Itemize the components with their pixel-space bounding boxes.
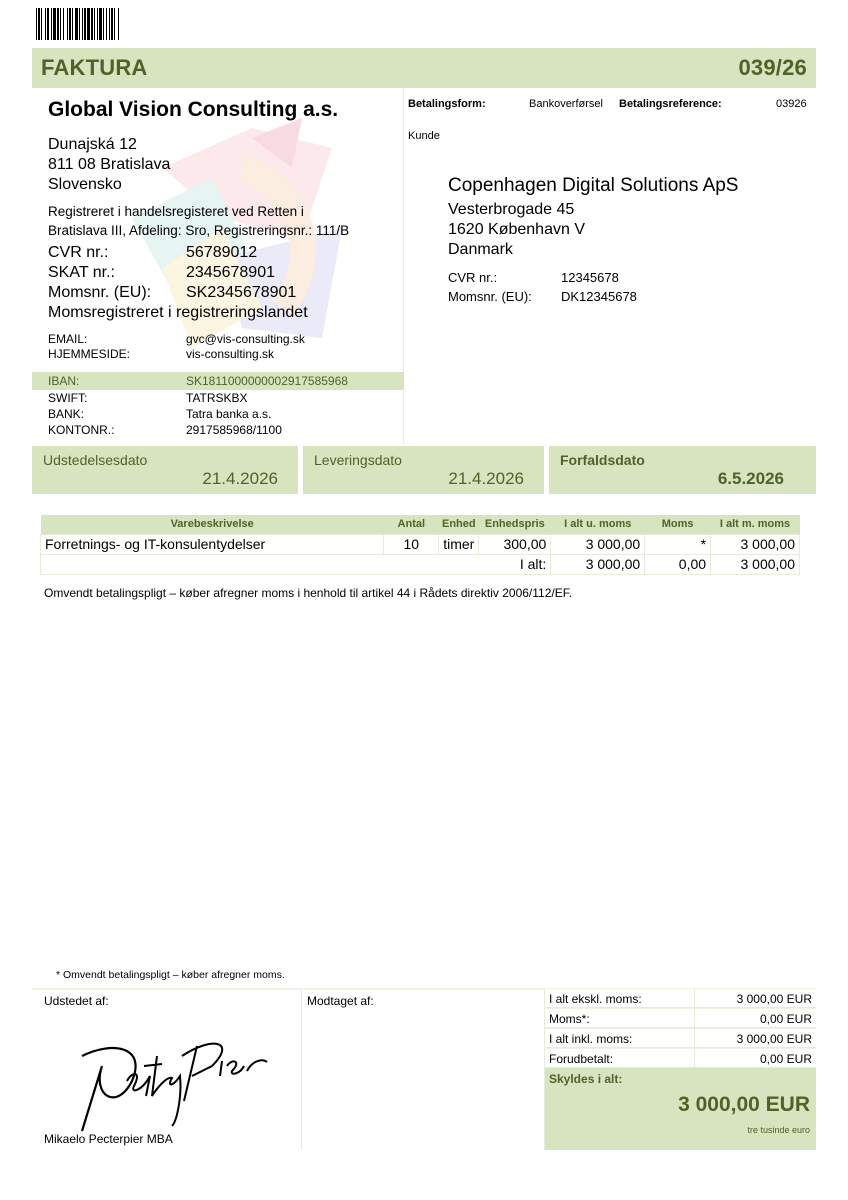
supplier-address: Dunajská 12 811 08 Bratislava Slovensko xyxy=(48,135,170,195)
summary-label: I alt ekskl. moms: xyxy=(545,989,695,1007)
id-value: SK2345678901 xyxy=(186,283,296,303)
bank-details: IBAN:SK1811000000002917585968 SWIFT:TATR… xyxy=(32,372,404,438)
payment-reference-label: Betalingsreference: xyxy=(619,98,776,110)
website-link[interactable]: vis-consulting.sk xyxy=(186,347,274,362)
invoice-title-bar: FAKTURA 039/26 xyxy=(32,48,816,88)
supplier-city: 811 08 Bratislava xyxy=(48,155,170,175)
summary-value: 3 000,00 EUR xyxy=(695,1029,816,1047)
amount-due-words: tre tusinde euro xyxy=(747,1125,810,1135)
bank-value: Tatra banka a.s. xyxy=(186,406,271,422)
amount-due-label: Skyldes i alt: xyxy=(549,1072,622,1086)
received-by-section: Modtaget af: xyxy=(303,988,545,1150)
col-header-total-excl: I alt u. moms xyxy=(551,515,645,534)
summary-value: 0,00 EUR xyxy=(695,1009,816,1027)
bank-value: TATRSKBX xyxy=(186,390,248,406)
id-label: Momsnr. (EU): xyxy=(448,287,561,306)
id-label: SKAT nr.: xyxy=(48,263,186,283)
col-header-vat: Moms xyxy=(645,515,711,534)
id-label: Momsnr. (EU): xyxy=(48,283,186,303)
item-unit-price: 300,00 xyxy=(479,534,551,554)
due-date-label: Forfaldsdato xyxy=(560,452,645,468)
summary-label: Moms*: xyxy=(545,1009,695,1027)
customer-city: 1620 København V xyxy=(448,220,585,240)
summary-row: Forudbetalt:0,00 EUR xyxy=(545,1048,816,1068)
bank-label: IBAN: xyxy=(48,372,186,390)
issue-date-label: Udstedelsesdato xyxy=(43,452,147,468)
supplier-cvr: CVR nr.:56789012 xyxy=(48,243,296,263)
totals-incl: 3 000,00 xyxy=(711,554,800,574)
summary-label: I alt inkl. moms: xyxy=(545,1029,695,1047)
col-header-unit-price: Enhedspris xyxy=(479,515,551,534)
item-unit: timer xyxy=(439,534,479,554)
item-quantity: 10 xyxy=(384,534,439,554)
supplier-ids: CVR nr.:56789012 SKAT nr.:2345678901 Mom… xyxy=(48,243,296,303)
summary-value: 3 000,00 EUR xyxy=(695,989,816,1007)
summary-value: 0,00 EUR xyxy=(695,1049,816,1067)
bank-label: SWIFT: xyxy=(48,390,186,406)
signature-icon xyxy=(72,1026,272,1136)
supplier-street: Dunajská 12 xyxy=(48,135,170,155)
issue-date-value: 21.4.2026 xyxy=(202,469,278,489)
bank-swift: SWIFT:TATRSKBX xyxy=(32,390,404,406)
invoice-dates: Udstedelsesdato 21.4.2026 Leveringsdato … xyxy=(32,446,816,494)
totals-summary: I alt ekskl. moms:3 000,00 EUR Moms*:0,0… xyxy=(545,988,816,1150)
customer-cvr: CVR nr.:12345678 xyxy=(448,268,637,287)
contact-email: EMAIL:gvc@vis-consulting.sk xyxy=(48,332,305,347)
supplier-registration: Registreret i handelsregisteret ved Rett… xyxy=(48,202,349,240)
totals-excl: 3 000,00 xyxy=(551,554,645,574)
delivery-date-label: Leveringsdato xyxy=(314,452,402,468)
customer-ids: CVR nr.:12345678 Momsnr. (EU):DK12345678 xyxy=(448,268,637,306)
issued-by-section: Udstedet af: Mikaelo Pecterpier MBA xyxy=(32,988,302,1150)
payment-method-label: Betalingsform: xyxy=(408,98,529,110)
issued-by-label: Udstedet af: xyxy=(44,994,109,1008)
id-value: 12345678 xyxy=(561,268,619,287)
registration-line: Registreret i handelsregisteret ved Rett… xyxy=(48,202,349,221)
totals-label: I alt: xyxy=(41,554,551,574)
id-label: CVR nr.: xyxy=(48,243,186,263)
customer-section-label: Kunde xyxy=(408,130,440,142)
received-by-label: Modtaget af: xyxy=(307,994,374,1008)
id-label: CVR nr.: xyxy=(448,268,561,287)
line-items-table: Varebeskrivelse Antal Enhed Enhedspris I… xyxy=(40,515,800,575)
id-value: 2345678901 xyxy=(186,263,275,283)
footnote: * Omvendt betalingspligt – køber afregne… xyxy=(56,969,285,981)
delivery-date-value: 21.4.2026 xyxy=(448,469,524,489)
supplier-country: Slovensko xyxy=(48,175,170,195)
email-link[interactable]: gvc@vis-consulting.sk xyxy=(186,332,305,347)
id-value: DK12345678 xyxy=(561,287,637,306)
bank-label: BANK: xyxy=(48,406,186,422)
customer-country: Danmark xyxy=(448,240,585,260)
contact-label: EMAIL: xyxy=(48,332,186,347)
delivery-date: Leveringsdato 21.4.2026 xyxy=(303,446,544,494)
supplier-skat: SKAT nr.:2345678901 xyxy=(48,263,296,283)
bank-account: KONTONR.:2917585968/1100 xyxy=(32,422,404,438)
item-vat: * xyxy=(645,534,711,554)
customer-address: Vesterbrogade 45 1620 København V Danmar… xyxy=(448,200,585,260)
payment-reference-value: 03926 xyxy=(776,98,807,110)
summary-row: I alt inkl. moms:3 000,00 EUR xyxy=(545,1028,816,1048)
registration-line: Bratislava III, Afdeling: Sro, Registrer… xyxy=(48,221,349,240)
item-total-excl: 3 000,00 xyxy=(551,534,645,554)
barcode xyxy=(36,8,174,40)
signer-name: Mikaelo Pecterpier MBA xyxy=(44,1132,173,1146)
invoice-number: 039/26 xyxy=(739,55,808,81)
customer-name: Copenhagen Digital Solutions ApS xyxy=(448,175,738,197)
due-date-value: 6.5.2026 xyxy=(718,469,784,489)
col-header-description: Varebeskrivelse xyxy=(41,515,384,534)
contact-label: HJEMMESIDE: xyxy=(48,347,186,362)
amount-due-value: 3 000,00 EUR xyxy=(678,1093,810,1117)
payment-method-value: Bankoverførsel xyxy=(529,98,619,110)
bank-value: 2917585968/1100 xyxy=(186,422,282,438)
table-header-row: Varebeskrivelse Antal Enhed Enhedspris I… xyxy=(41,515,800,534)
supplier-name: Global Vision Consulting a.s. xyxy=(48,98,338,122)
item-total-incl: 3 000,00 xyxy=(711,534,800,554)
id-value: 56789012 xyxy=(186,243,257,263)
supplier-vat: Momsnr. (EU):SK2345678901 xyxy=(48,283,296,303)
summary-label: Forudbetalt: xyxy=(545,1049,695,1067)
amount-due-box: Skyldes i alt: 3 000,00 EUR tre tusinde … xyxy=(545,1068,816,1150)
contact-website: HJEMMESIDE:vis-consulting.sk xyxy=(48,347,305,362)
reverse-charge-note: Omvendt betalingspligt – køber afregner … xyxy=(44,586,572,600)
bank-iban: IBAN:SK1811000000002917585968 xyxy=(32,372,404,390)
item-description: Forretnings- og IT-konsulentydelser xyxy=(41,534,384,554)
bank-value: SK1811000000002917585968 xyxy=(186,372,348,390)
customer-street: Vesterbrogade 45 xyxy=(448,200,585,220)
bank-label: KONTONR.: xyxy=(48,422,186,438)
col-header-quantity: Antal xyxy=(384,515,439,534)
payment-info: Betalingsform: Bankoverførsel Betalingsr… xyxy=(408,98,808,110)
col-header-unit: Enhed xyxy=(439,515,479,534)
col-header-total-incl: I alt m. moms xyxy=(711,515,800,534)
due-date: Forfaldsdato 6.5.2026 xyxy=(549,446,816,494)
totals-vat: 0,00 xyxy=(645,554,711,574)
table-row: Forretnings- og IT-konsulentydelser 10 t… xyxy=(41,534,800,554)
summary-row: Moms*:0,00 EUR xyxy=(545,1008,816,1028)
issue-date: Udstedelsesdato 21.4.2026 xyxy=(32,446,298,494)
supplier-contact: EMAIL:gvc@vis-consulting.sk HJEMMESIDE:v… xyxy=(48,332,305,362)
vat-registration-note: Momsregistreret i registreringslandet xyxy=(48,304,308,322)
customer-vat: Momsnr. (EU):DK12345678 xyxy=(448,287,637,306)
document-title: FAKTURA xyxy=(41,55,148,81)
summary-row: I alt ekskl. moms:3 000,00 EUR xyxy=(545,988,816,1008)
table-totals-row: I alt: 3 000,00 0,00 3 000,00 xyxy=(41,554,800,574)
bank-name: BANK:Tatra banka a.s. xyxy=(32,406,404,422)
